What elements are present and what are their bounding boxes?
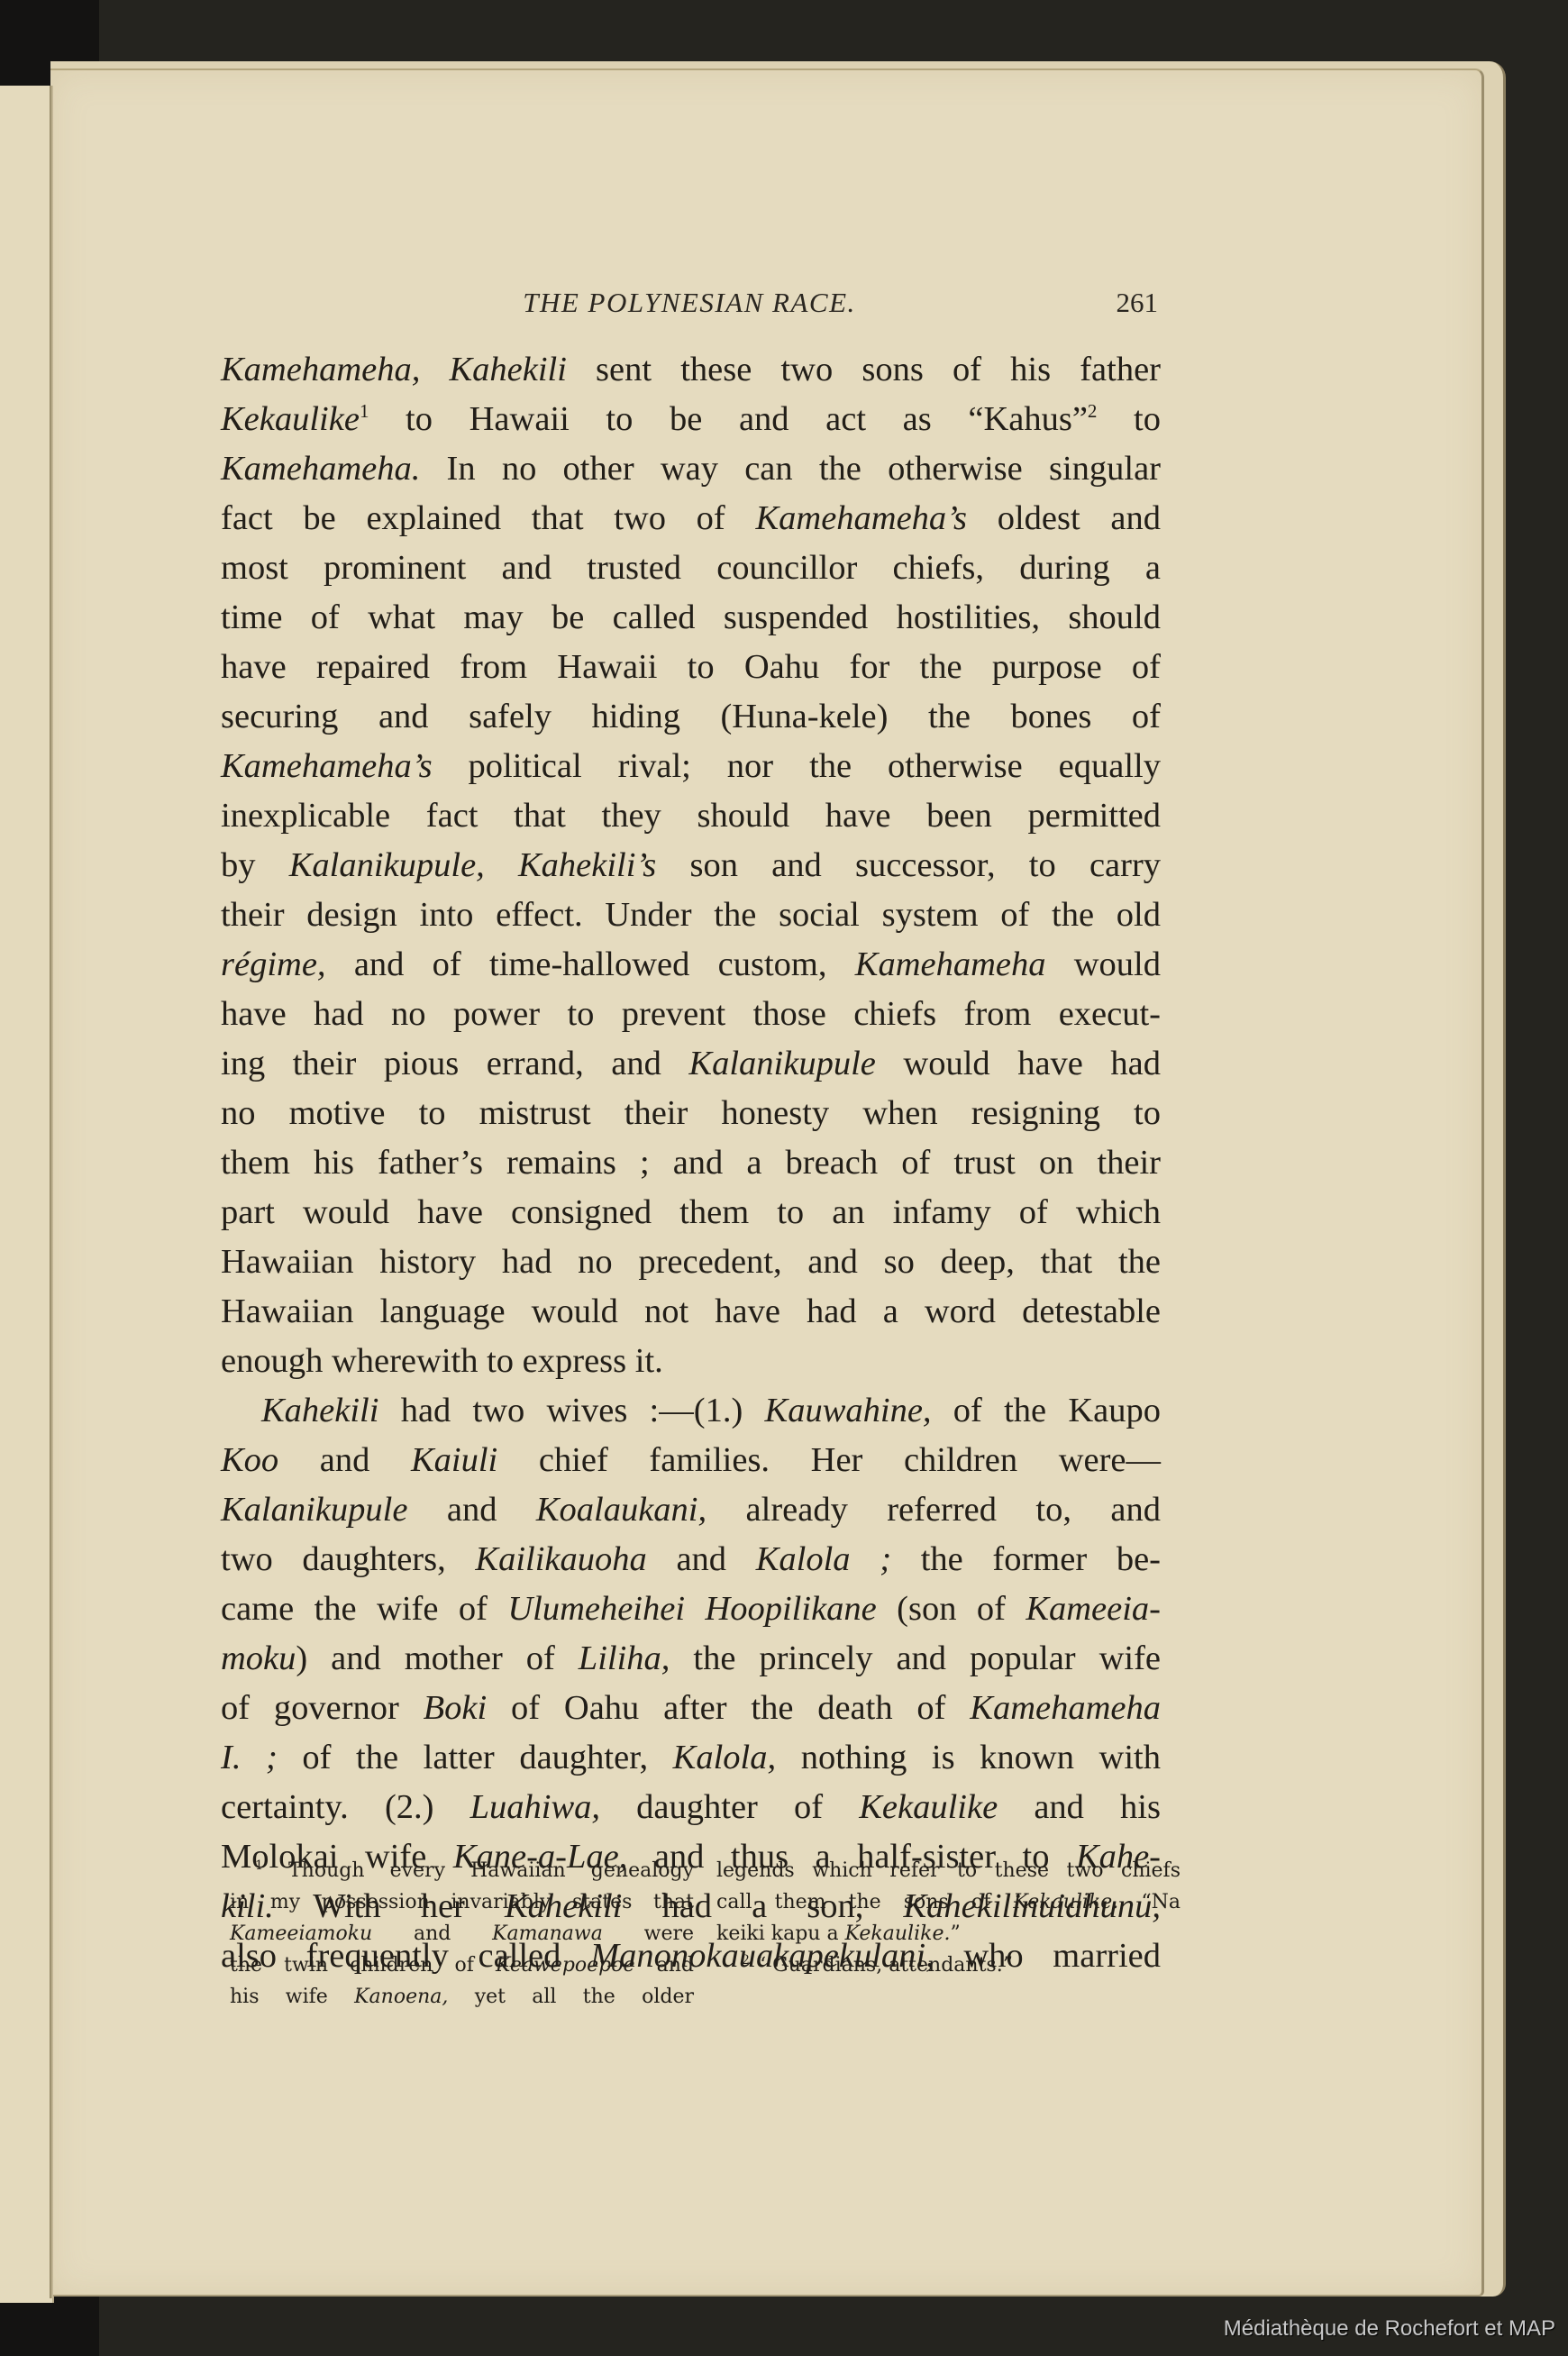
text-line: time of what may be called suspended hos… bbox=[221, 593, 1161, 643]
text-line: securing and safely hiding (Huna-kele) t… bbox=[221, 692, 1161, 742]
text-run: had two wives :—(1.) bbox=[378, 1392, 764, 1429]
text-run: and bbox=[278, 1441, 411, 1479]
text-run: Kauwahine, bbox=[765, 1392, 932, 1429]
text-run: would have had bbox=[876, 1045, 1161, 1082]
text-run: Ulumeheihei Hoopilikane bbox=[507, 1590, 876, 1628]
text-line: Koo and Kaiuli chief families. Her child… bbox=[221, 1436, 1161, 1485]
footnote-line: in my possession invariably states that bbox=[230, 1886, 694, 1918]
text-line: enough wherewith to express it. bbox=[221, 1337, 1161, 1386]
text-run: their design into effect. Under the soci… bbox=[221, 896, 1161, 934]
text-line: régime, and of time-hallowed custom, Kam… bbox=[221, 940, 1161, 990]
text-run: of Oahu after the death of bbox=[487, 1689, 970, 1727]
text-line: Kamehameha, Kahekili sent these two sons… bbox=[221, 345, 1161, 395]
text-line: most prominent and trusted councillor ch… bbox=[221, 543, 1161, 593]
footnote-line: legends which refer to these two chiefs bbox=[716, 1855, 1181, 1886]
text-run: in my possession invariably states that bbox=[230, 1891, 694, 1913]
text-run: Kamehameha’s bbox=[755, 499, 967, 537]
text-run: Kalanikupule bbox=[688, 1045, 875, 1082]
text-run: Kalola ; bbox=[756, 1540, 891, 1578]
footnote-line: call them the sons of Kekaulike. “Na bbox=[716, 1886, 1181, 1918]
text-run: In no other way can the otherwise singul… bbox=[420, 450, 1161, 488]
footnote-marker: 1 bbox=[360, 400, 369, 422]
text-run: oldest and bbox=[967, 499, 1161, 537]
text-run: ” bbox=[950, 1922, 960, 1945]
text-run: enough wherewith to express it. bbox=[221, 1342, 663, 1380]
text-run: Kamehameha. bbox=[221, 450, 420, 488]
text-run: Kekaulike. bbox=[1013, 1891, 1118, 1913]
footnote-marker: 2 bbox=[742, 1953, 750, 1968]
facing-page-edge bbox=[0, 86, 54, 2303]
text-run: ing their pious errand, and bbox=[221, 1045, 688, 1082]
text-line: by Kalanikupule, Kahekili’s son and succ… bbox=[221, 841, 1161, 890]
text-run: Kahekili bbox=[261, 1392, 378, 1429]
text-run: Kamanawa bbox=[492, 1922, 603, 1945]
text-run: Koalaukani, bbox=[536, 1491, 707, 1529]
running-header: THE POLYNESIAN RACE. 261 bbox=[221, 287, 1158, 323]
footnote-marker: 2 bbox=[1088, 400, 1098, 422]
text-line: Kekaulike1 to Hawaii to be and act as “K… bbox=[221, 395, 1161, 444]
text-line: I. ; of the latter daughter, Kalola, not… bbox=[221, 1733, 1161, 1783]
body-text: Kamehameha, Kahekili sent these two sons… bbox=[221, 345, 1161, 1981]
text-run: Kamehameha bbox=[970, 1689, 1161, 1727]
text-line: Kalanikupule and Koalaukani, already ref… bbox=[221, 1485, 1161, 1535]
text-run: certainty. (2.) bbox=[221, 1788, 470, 1826]
text-run: Boki bbox=[424, 1689, 488, 1727]
text-run: time of what may be called suspended hos… bbox=[221, 598, 1161, 636]
text-run: and his bbox=[998, 1788, 1161, 1826]
text-run: ) and mother of bbox=[296, 1639, 578, 1677]
text-run: came the wife of bbox=[221, 1590, 507, 1628]
text-run: would bbox=[1045, 945, 1161, 983]
text-run: yet all the older bbox=[448, 1986, 694, 2008]
footnote-column-left: 1 Though every Hawaiian genealogyin my p… bbox=[230, 1855, 694, 2013]
text-line: moku) and mother of Liliha, the princely… bbox=[221, 1634, 1161, 1684]
text-run: Kalanikupule bbox=[221, 1491, 407, 1529]
text-run: daughter of bbox=[600, 1788, 859, 1826]
text-run: fact be explained that two of bbox=[221, 499, 755, 537]
text-line: their design into effect. Under the soci… bbox=[221, 890, 1161, 940]
text-run: Kaiuli bbox=[411, 1441, 497, 1479]
footnote-line: 1 Though every Hawaiian genealogy bbox=[230, 1855, 694, 1886]
text-run: already referred to, and bbox=[707, 1491, 1161, 1529]
watermark: Médiathèque de Rochefort et MAP bbox=[1224, 2316, 1555, 2342]
text-run: “Na bbox=[1118, 1891, 1181, 1913]
text-run: the princely and popular wife bbox=[670, 1639, 1161, 1677]
text-run: the former be- bbox=[891, 1540, 1161, 1578]
text-line: Hawaiian history had no precedent, and s… bbox=[221, 1237, 1161, 1287]
text-run: two daughters, bbox=[221, 1540, 475, 1578]
text-line: have had no power to prevent those chief… bbox=[221, 990, 1161, 1039]
text-run: were bbox=[603, 1922, 694, 1945]
text-run: Hawaiian language would not have had a w… bbox=[221, 1292, 1161, 1330]
footnote-line: Kameeiamoku and Kamanawa were bbox=[230, 1918, 694, 1950]
text-run: Liliha, bbox=[579, 1639, 670, 1677]
text-run: Keawepoepoe bbox=[496, 1954, 635, 1977]
text-run: part would have consigned them to an inf… bbox=[221, 1193, 1161, 1231]
text-run: Kailikauoha bbox=[475, 1540, 646, 1578]
text-run: and bbox=[372, 1922, 492, 1945]
text-run: legends which refer to these two chiefs bbox=[716, 1859, 1181, 1882]
footnote-marker: 1 bbox=[255, 1858, 263, 1873]
text-run: Kekaulike bbox=[221, 400, 360, 438]
text-run: no motive to mistrust their honesty when… bbox=[221, 1094, 1161, 1132]
text-line: no motive to mistrust their honesty when… bbox=[221, 1089, 1161, 1138]
text-run: sent these two sons of his father bbox=[567, 351, 1161, 388]
footnote-column-right: legends which refer to these two chiefsc… bbox=[716, 1855, 1181, 1981]
page-number: 261 bbox=[1117, 287, 1159, 319]
text-run: Kalanikupule, Kahekili’s bbox=[289, 846, 657, 884]
text-line: certainty. (2.) Luahiwa, daughter of Kek… bbox=[221, 1783, 1161, 1832]
text-run: Kameeiamoku bbox=[230, 1922, 372, 1945]
running-title: THE POLYNESIAN RACE. bbox=[221, 287, 1158, 319]
text-run: “ Guardians, attendants.” bbox=[750, 1954, 1013, 1977]
footnote-line: the twin children of Keawepoepoe and bbox=[230, 1950, 694, 1981]
text-run: (son of bbox=[877, 1590, 1026, 1628]
text-run: call them the sons of bbox=[716, 1891, 1013, 1913]
text-run: Kamehameha bbox=[855, 945, 1046, 983]
text-run: to Hawaii to be and act as “Kahus” bbox=[369, 400, 1087, 438]
text-run: Though every Hawaiian genealogy bbox=[263, 1859, 694, 1882]
text-run: of the latter daughter, bbox=[278, 1739, 673, 1776]
text-run: and bbox=[647, 1540, 756, 1578]
text-run: Luahiwa, bbox=[470, 1788, 600, 1826]
footnote-line: 2 “ Guardians, attendants.” bbox=[716, 1950, 1181, 1981]
text-line: ing their pious errand, and Kalanikupule… bbox=[221, 1039, 1161, 1089]
text-run: most prominent and trusted councillor ch… bbox=[221, 549, 1161, 587]
text-run: Kameeia- bbox=[1026, 1590, 1161, 1628]
text-line: part would have consigned them to an inf… bbox=[221, 1188, 1161, 1237]
text-run: by bbox=[221, 846, 289, 884]
text-run: keiki kapu a bbox=[716, 1922, 845, 1945]
text-run: inexplicable fact that they should have … bbox=[221, 797, 1161, 835]
text-run: them his father’s remains ; and a breach… bbox=[221, 1144, 1161, 1182]
text-run: of governor bbox=[221, 1689, 424, 1727]
text-line: of governor Boki of Oahu after the death… bbox=[221, 1684, 1161, 1733]
text-line: came the wife of Ulumeheihei Hoopilikane… bbox=[221, 1584, 1161, 1634]
text-run: son and successor, to carry bbox=[656, 846, 1161, 884]
text-run: Kekaulike bbox=[859, 1788, 998, 1826]
text-line: two daughters, Kailikauoha and Kalola ; … bbox=[221, 1535, 1161, 1584]
text-run: Kalola, bbox=[673, 1739, 776, 1776]
text-run: his wife bbox=[230, 1986, 354, 2008]
text-run: nothing is known with bbox=[776, 1739, 1161, 1776]
text-line: inexplicable fact that they should have … bbox=[221, 791, 1161, 841]
footnote-line: his wife Kanoena, yet all the older bbox=[230, 1981, 694, 2013]
text-line: Kahekili had two wives :—(1.) Kauwahine,… bbox=[221, 1386, 1161, 1436]
text-run: Kamehameha’s bbox=[221, 747, 433, 785]
text-run: Hawaiian history had no precedent, and s… bbox=[221, 1243, 1161, 1281]
text-line: Kamehameha’s political rival; nor the ot… bbox=[221, 742, 1161, 791]
gutter-fold bbox=[50, 86, 53, 2298]
text-line: them his father’s remains ; and a breach… bbox=[221, 1138, 1161, 1188]
text-run: régime, bbox=[221, 945, 326, 983]
text-run: of the Kaupo bbox=[932, 1392, 1161, 1429]
text-run: moku bbox=[221, 1639, 296, 1677]
text-run: Kekaulike. bbox=[845, 1922, 951, 1945]
text-run: the twin children of bbox=[230, 1954, 496, 1977]
text-run: Koo bbox=[221, 1441, 278, 1479]
text-run: chief families. Her children were— bbox=[497, 1441, 1161, 1479]
footnote-line: keiki kapu a Kekaulike.” bbox=[716, 1918, 1181, 1950]
text-run: and bbox=[635, 1954, 694, 1977]
text-line: Hawaiian language would not have had a w… bbox=[221, 1287, 1161, 1337]
text-line: Kamehameha. In no other way can the othe… bbox=[221, 444, 1161, 494]
text-run: I. ; bbox=[221, 1739, 278, 1776]
text-run: Kanoena, bbox=[354, 1986, 448, 2008]
text-run: and of time-hallowed custom, bbox=[326, 945, 855, 983]
text-run: Kamehameha, Kahekili bbox=[221, 351, 567, 388]
text-run: have had no power to prevent those chief… bbox=[221, 995, 1161, 1033]
footnotes: 1 Though every Hawaiian genealogyin my p… bbox=[230, 1855, 1181, 2017]
text-run: and bbox=[407, 1491, 535, 1529]
text-run: to bbox=[1097, 400, 1161, 438]
text-line: have repaired from Hawaii to Oahu for th… bbox=[221, 643, 1161, 692]
text-line: fact be explained that two of Kamehameha… bbox=[221, 494, 1161, 543]
text-run: political rival; nor the otherwise equal… bbox=[433, 747, 1161, 785]
text-run: securing and safely hiding (Huna-kele) t… bbox=[221, 698, 1161, 735]
text-run: have repaired from Hawaii to Oahu for th… bbox=[221, 648, 1161, 686]
